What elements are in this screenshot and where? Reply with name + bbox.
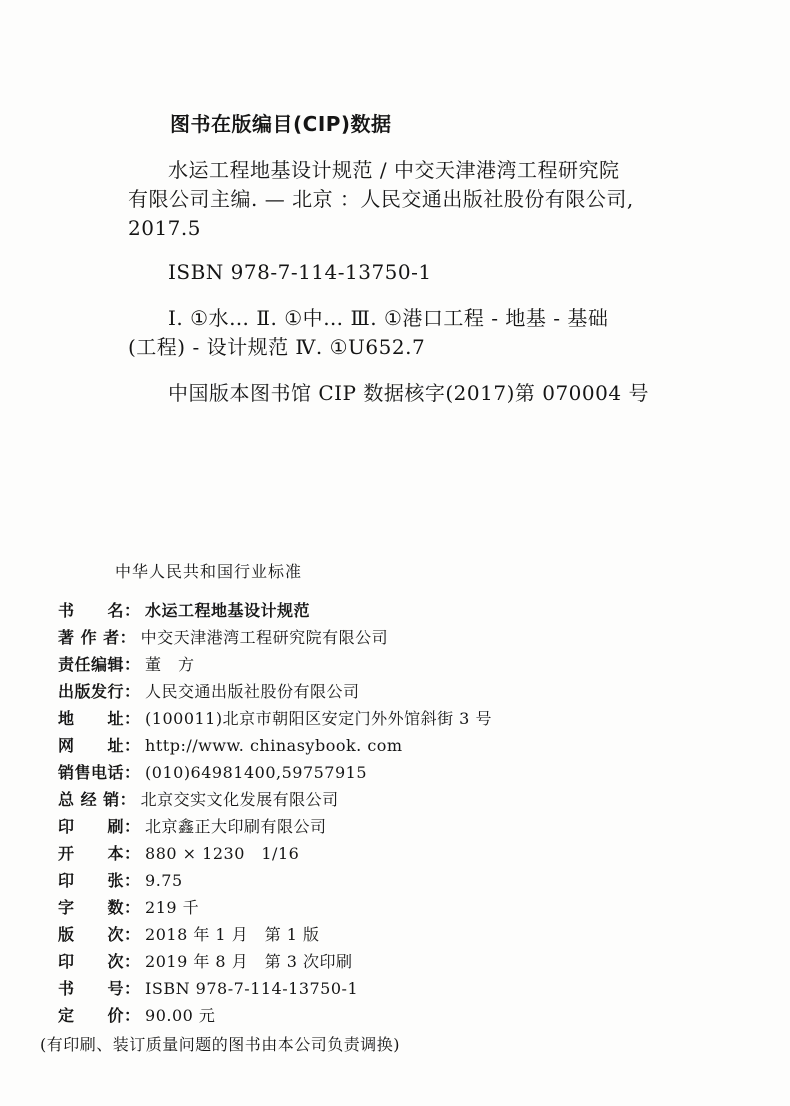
row-separator: ：	[124, 979, 140, 998]
row-separator: ：	[120, 790, 136, 809]
row-separator: ：	[124, 817, 140, 836]
row-value: 水运工程地基设计规范	[145, 601, 310, 620]
cip-title: 图书在版编目(CIP)数据	[128, 110, 698, 139]
colophon-row-price: 定 价：90.00 元	[58, 1002, 758, 1029]
row-separator: ：	[124, 682, 140, 701]
colophon-row-editor: 责任编辑：董 方	[58, 651, 758, 678]
row-separator: ：	[124, 952, 140, 971]
row-label: 书 号	[58, 975, 124, 1002]
row-label: 字 数	[58, 894, 124, 921]
row-value: 北京交实文化发展有限公司	[141, 790, 339, 809]
row-label: 著 作 者	[58, 624, 120, 651]
colophon-row-author: 著 作 者：中交天津港湾工程研究院有限公司	[58, 624, 758, 651]
row-separator: ：	[124, 925, 140, 944]
cip-isbn-line: ISBN 978-7-114-13750-1	[128, 258, 698, 287]
row-label: 印 张	[58, 867, 124, 894]
colophon-row-website: 网 址：http://www. chinasybook. com	[58, 732, 758, 759]
row-value: 中交天津港湾工程研究院有限公司	[141, 628, 389, 647]
row-value: http://www. chinasybook. com	[145, 736, 403, 755]
row-separator: ：	[124, 736, 140, 755]
row-label: 书 名	[58, 597, 124, 624]
cip-bib-line-3: 2017.5	[128, 214, 698, 243]
row-label: 版 次	[58, 921, 124, 948]
row-value: 董 方	[145, 655, 195, 674]
row-value: ISBN 978-7-114-13750-1	[145, 979, 358, 998]
colophon-row-publisher: 出版发行：人民交通出版社股份有限公司	[58, 678, 758, 705]
row-separator: ：	[124, 601, 140, 620]
colophon-row-address: 地 址：(100011)北京市朝阳区安定门外外馆斜街 3 号	[58, 705, 758, 732]
row-label: 开 本	[58, 840, 124, 867]
row-value: (010)64981400,59757915	[145, 763, 367, 782]
row-value: 人民交通出版社股份有限公司	[145, 682, 360, 701]
row-label: 印 次	[58, 948, 124, 975]
cip-record-line: 中国版本图书馆 CIP 数据核字(2017)第 070004 号	[128, 379, 698, 408]
cip-bib-line-1: 水运工程地基设计规范 / 中交天津港湾工程研究院	[128, 156, 698, 185]
row-label: 总 经 销	[58, 786, 120, 813]
colophon-row-printer: 印 刷：北京鑫正大印刷有限公司	[58, 813, 758, 840]
row-separator: ：	[124, 871, 140, 890]
row-separator: ：	[124, 763, 140, 782]
row-label: 印 刷	[58, 813, 124, 840]
row-value: 2019 年 8 月 第 3 次印刷	[145, 952, 353, 971]
row-label: 定 价	[58, 1002, 124, 1029]
colophon-row-isbn: 书 号：ISBN 978-7-114-13750-1	[58, 975, 758, 1002]
standard-heading: 中华人民共和国行业标准	[115, 561, 758, 583]
cip-class-line-1: Ⅰ. ①水… Ⅱ. ①中… Ⅲ. ①港口工程 - 地基 - 基础	[128, 304, 698, 333]
colophon-row-format: 开 本：880 × 1230 1/16	[58, 840, 758, 867]
colophon-rows: 书 名：水运工程地基设计规范 著 作 者：中交天津港湾工程研究院有限公司 责任编…	[58, 597, 758, 1029]
colophon-block: 中华人民共和国行业标准 书 名：水运工程地基设计规范 著 作 者：中交天津港湾工…	[58, 561, 758, 1058]
row-separator: ：	[124, 1006, 140, 1025]
colophon-row-distributor: 总 经 销：北京交实文化发展有限公司	[58, 786, 758, 813]
row-label: 地 址	[58, 705, 124, 732]
row-value: 880 × 1230 1/16	[145, 844, 299, 863]
cip-class-line-2: (工程) - 设计规范 Ⅳ. ①U652.7	[128, 333, 698, 362]
row-separator: ：	[124, 709, 140, 728]
row-value: 219 千	[145, 898, 199, 917]
row-label: 责任编辑	[58, 651, 124, 678]
row-label: 出版发行	[58, 678, 124, 705]
row-value: 9.75	[145, 871, 183, 890]
row-label: 销售电话	[58, 759, 124, 786]
colophon-row-edition: 版 次：2018 年 1 月 第 1 版	[58, 921, 758, 948]
row-value: (100011)北京市朝阳区安定门外外馆斜街 3 号	[145, 709, 492, 728]
row-separator: ：	[124, 655, 140, 674]
row-value: 90.00 元	[145, 1006, 215, 1025]
colophon-row-sheets: 印 张：9.75	[58, 867, 758, 894]
row-value: 2018 年 1 月 第 1 版	[145, 925, 320, 944]
cip-bib-line-2: 有限公司主编. — 北京 ：人民交通出版社股份有限公司,	[128, 185, 698, 214]
colophon-row-book-title: 书 名：水运工程地基设计规范	[58, 597, 758, 624]
colophon-row-word-count: 字 数：219 千	[58, 894, 758, 921]
row-label: 网 址	[58, 732, 124, 759]
quality-note: (有印刷、装订质量问题的图书由本公司负责调换)	[40, 1031, 758, 1058]
cip-block: 图书在版编目(CIP)数据 水运工程地基设计规范 / 中交天津港湾工程研究院 有…	[128, 110, 698, 408]
row-value: 北京鑫正大印刷有限公司	[145, 817, 327, 836]
row-separator: ：	[124, 898, 140, 917]
colophon-row-sales-phone: 销售电话：(010)64981400,59757915	[58, 759, 758, 786]
colophon-row-impression: 印 次：2019 年 8 月 第 3 次印刷	[58, 948, 758, 975]
row-separator: ：	[120, 628, 136, 647]
row-separator: ：	[124, 844, 140, 863]
